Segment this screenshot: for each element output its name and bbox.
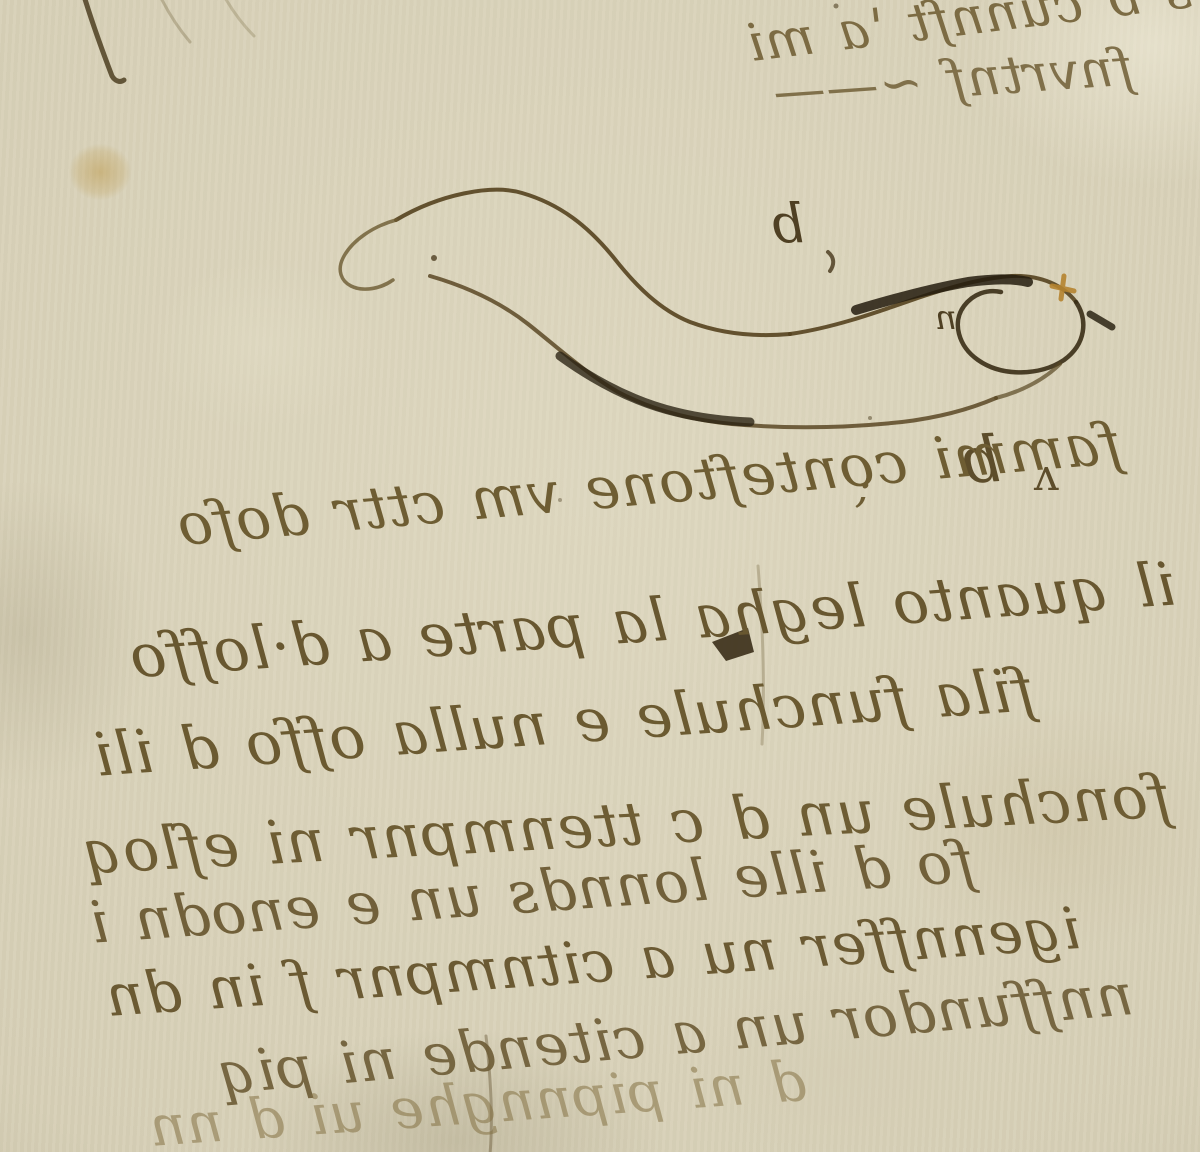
hook-curl: [958, 291, 1083, 372]
ink-speck: [868, 416, 872, 420]
manuscript-page: fs b cunnft 'a mi fnvrtnf ~—— b n ; b ʌ …: [0, 0, 1200, 1152]
corner-faint-stroke: [160, 0, 190, 42]
sketch-label-n: n: [934, 298, 957, 338]
corner-faint-stroke: [224, 0, 254, 36]
sketch-label-b: b: [770, 192, 805, 255]
dark-tick: [1090, 314, 1112, 327]
comma-mark: [828, 252, 833, 271]
funnel-mouth: [340, 220, 396, 289]
corner-stroke: [84, 0, 124, 81]
ink-dot: [431, 255, 437, 261]
tube-upper-contour: [396, 190, 790, 335]
dark-shading-lower: [560, 356, 750, 422]
